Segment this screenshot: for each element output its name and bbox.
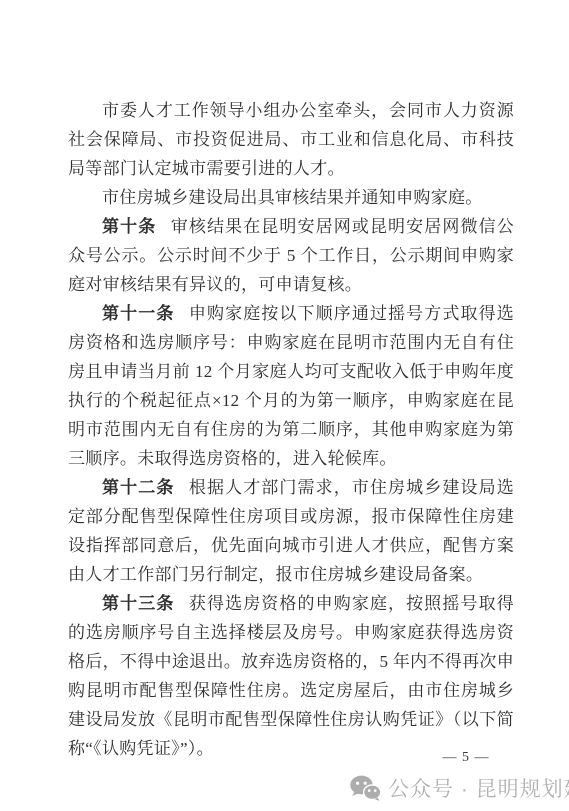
paragraph-text: 申购家庭按以下顺序通过摇号方式取得选房资格和选房顺序号：申购家庭在昆明市范围内无… [68,304,514,468]
watermark-label: 公众号 · 昆明规划建设 [388,773,569,803]
article-number: 第十一条 [102,304,174,323]
paragraph: 第十三条获得选房资格的申购家庭，按照摇号取得的选房顺序号自主选择楼层及房号。申购… [68,589,514,763]
paragraph-text: 市住房城乡建设局出具审核结果并通知申购家庭。 [102,188,483,207]
document-page: 市委人才工作领导小组办公室牵头，会同市人力资源社会保障局、市投资促进局、市工业和… [0,0,569,811]
paragraph: 市委人才工作领导小组办公室牵头，会同市人力资源社会保障局、市投资促进局、市工业和… [68,96,514,183]
paragraph: 第十一条申购家庭按以下顺序通过摇号方式取得选房资格和选房顺序号：申购家庭在昆明市… [68,299,514,473]
paragraph-text: 获得选房资格的申购家庭，按照摇号取得的选房顺序号自主选择楼层及房号。申购家庭获得… [68,594,514,758]
paragraph: 第十条审核结果在昆明安居网或昆明安居网微信公众号公示。公示时间不少于 5 个工作… [68,212,514,299]
paragraph-text: 市委人才工作领导小组办公室牵头，会同市人力资源社会保障局、市投资促进局、市工业和… [68,101,514,178]
wechat-icon [350,775,381,802]
paragraph: 第十二条根据人才部门需求，市住房城乡建设局选定部分配售型保障性住房项目或房源，报… [68,473,514,589]
paragraph: 市住房城乡建设局出具审核结果并通知申购家庭。 [68,183,514,212]
watermark: 公众号 · 昆明规划建设 [350,773,569,803]
article-number: 第十三条 [102,594,174,613]
article-number: 第十二条 [102,478,174,497]
article-number: 第十条 [102,217,156,236]
document-body: 市委人才工作领导小组办公室牵头，会同市人力资源社会保障局、市投资促进局、市工业和… [68,96,514,763]
page-number: — 5 — [428,750,504,766]
